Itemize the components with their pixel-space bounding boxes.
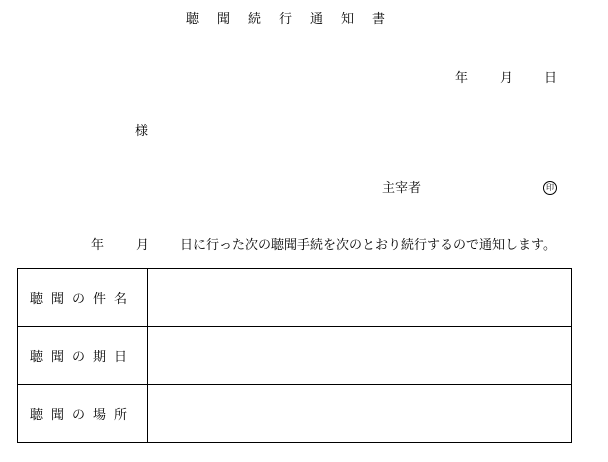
date-month-label: 月 — [500, 71, 513, 87]
row-label-place: 聴聞の場所 — [18, 385, 148, 443]
hearing-info-table: 聴聞の件名 聴聞の期日 聴聞の場所 — [17, 268, 572, 443]
row-value-place[interactable] — [148, 385, 572, 443]
table-row: 聴聞の期日 — [18, 327, 572, 385]
row-value-subject[interactable] — [148, 269, 572, 327]
date-year-label: 年 — [455, 71, 468, 87]
table-row: 聴聞の件名 — [18, 269, 572, 327]
body-text: 日に行った次の聴聞手続を次のとおり続行するので通知します。 — [180, 238, 556, 254]
table-row: 聴聞の場所 — [18, 385, 572, 443]
addressee-suffix: 様 — [135, 124, 148, 140]
row-value-date[interactable] — [148, 327, 572, 385]
seal-icon: 印 — [543, 181, 557, 195]
row-label-subject: 聴聞の件名 — [18, 269, 148, 327]
body-year-label: 年 — [91, 238, 104, 254]
document-title: 聴聞続行通知書 — [186, 12, 403, 28]
date-day-label: 日 — [544, 71, 557, 87]
row-label-date: 聴聞の期日 — [18, 327, 148, 385]
body-month-label: 月 — [136, 238, 149, 254]
host-label: 主宰者 — [382, 181, 421, 197]
